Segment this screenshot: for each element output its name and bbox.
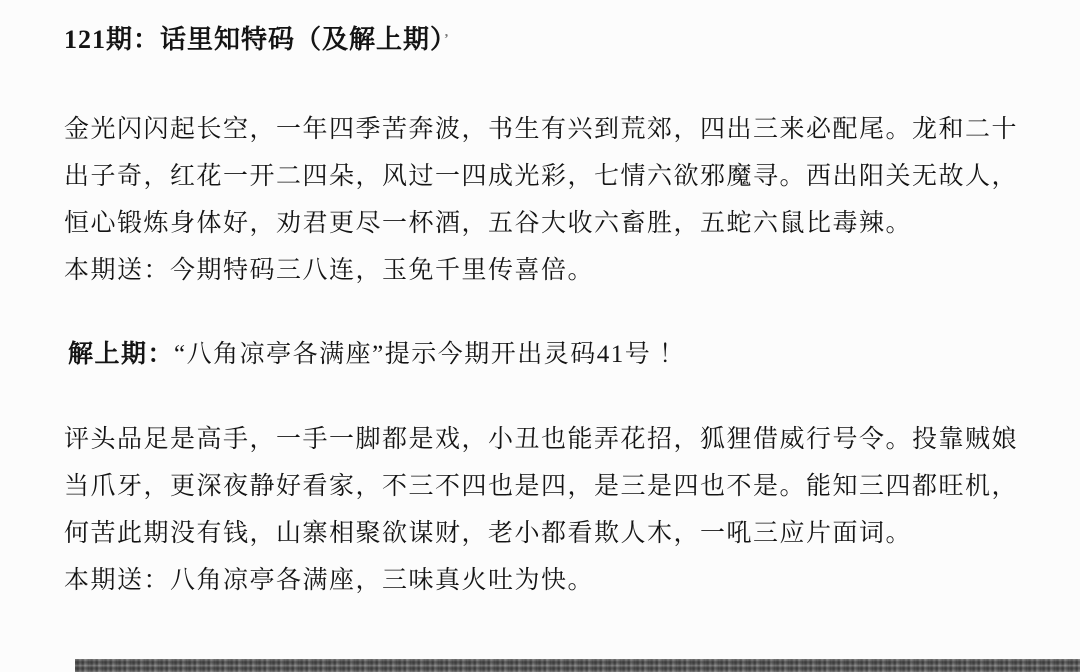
document-body: 121期：话里知特码（及解上期）’ 金光闪闪起长空，一年四季苦奔波，书生有兴到荒… xyxy=(64,20,1018,604)
previous-issue-解-line: 解上期：“八角凉亭各满座”提示今期开出灵码41号 ！ xyxy=(68,331,1018,378)
send-line-1: 本期送：今期特码三八连，玉免千里传喜倍。 xyxy=(64,247,1018,294)
document-title-text: 121期：话里知特码（及解上期） xyxy=(64,25,444,54)
scan-tick-mark: ’ xyxy=(444,32,450,47)
paragraph-2: 评头品足是高手，一手一脚都是戏，小丑也能弄花招，狐狸借威行号令。投靠贼娘当爪牙，… xyxy=(64,416,1018,557)
scanned-document-page: 121期：话里知特码（及解上期）’ 金光闪闪起长空，一年四季苦奔波，书生有兴到荒… xyxy=(0,0,1080,672)
jie-label: 解上期： xyxy=(68,341,174,368)
paragraph-1: 金光闪闪起长空，一年四季苦奔波，书生有兴到荒郊，四出三来必配尾。龙和二十出子奇，… xyxy=(64,106,1018,247)
document-title: 121期：话里知特码（及解上期）’ xyxy=(64,20,1018,60)
send-line-2: 本期送：八角凉亭各满座，三味真火吐为快。 xyxy=(64,557,1018,604)
jie-text: “八角凉亭各满座”提示今期开出灵码41号 ！ xyxy=(174,341,685,368)
scan-artifact-bar xyxy=(75,659,1080,672)
